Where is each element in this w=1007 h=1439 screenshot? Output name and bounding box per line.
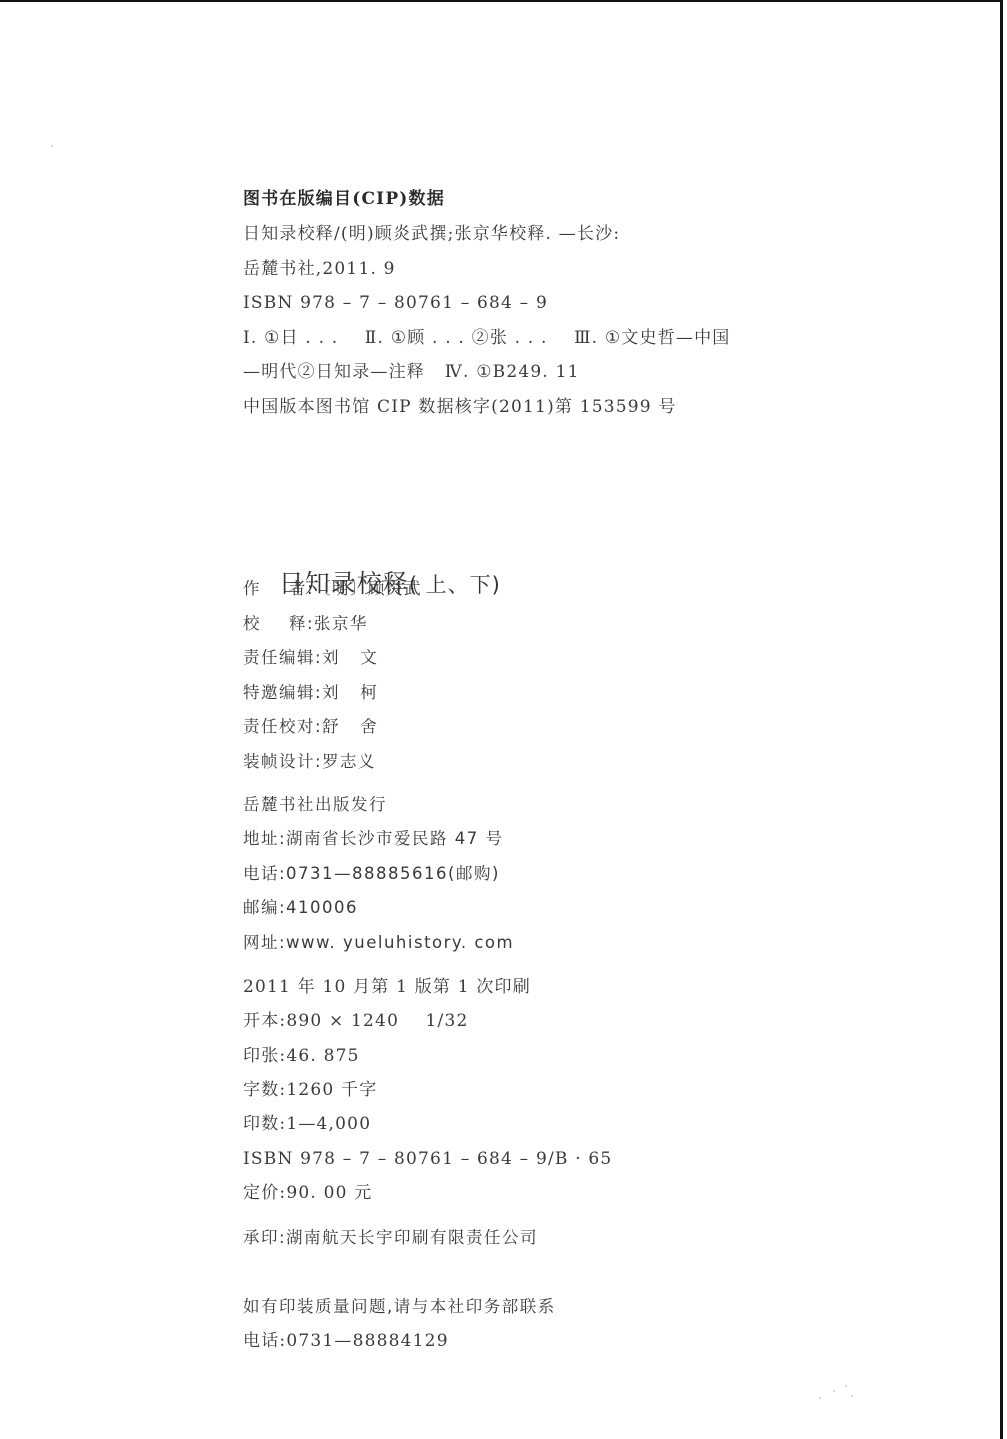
publisher-postcode: 邮编:410006 — [243, 897, 358, 919]
cip-classification-2: —明代②日知录—注释 Ⅳ. ①B249. 11 — [243, 361, 580, 383]
scan-speck — [845, 1385, 847, 1387]
credit-author: 作者:〔明〕顾炎武 — [243, 578, 422, 600]
cip-classification-1: Ⅰ. ①日 . . . Ⅱ. ①顾 . . . ②张 . . . Ⅲ. ①文史哲… — [243, 327, 731, 349]
cip-line-1: 日知录校释/(明)顾炎武撰;张京华校释. —长沙: — [243, 223, 620, 245]
credit-value: :舒 舍 — [315, 717, 378, 736]
credit-value: :刘 柯 — [315, 683, 378, 702]
credit-value: :刘 文 — [315, 648, 378, 667]
quality-notice: 如有印装质量问题,请与本社印务部联系 — [243, 1296, 556, 1318]
cip-title: 图书在版编目(CIP)数据 — [243, 188, 445, 210]
printing-sheets: 印张:46. 875 — [243, 1045, 360, 1067]
printer-name: 承印:湖南航天长宇印刷有限责任公司 — [243, 1227, 538, 1249]
credit-designer: 装帧设计:罗志义 — [243, 751, 376, 773]
credit-label: 装帧设计 — [243, 751, 315, 773]
credit-proofreader: 责任校对:舒 舍 — [243, 716, 378, 738]
publisher-website: 网址:www. yueluhistory. com — [243, 932, 514, 954]
quality-notice-phone: 电话:0731—88884129 — [243, 1330, 449, 1352]
credit-annotator: 校释:张京华 — [243, 613, 368, 635]
credit-label: 责任编辑 — [243, 647, 315, 669]
publisher-phone: 电话:0731—88885616(邮购) — [243, 863, 500, 885]
credit-label-a: 校 — [243, 613, 261, 635]
credit-label: 责任校对 — [243, 716, 315, 738]
scan-speck — [833, 1390, 835, 1392]
credit-label-a: 作 — [243, 578, 261, 600]
scan-speck — [819, 1397, 821, 1399]
printing-price: 定价:90. 00 元 — [243, 1182, 372, 1204]
credit-label-b: 释 — [289, 613, 307, 635]
credit-label: 特邀编辑 — [243, 682, 315, 704]
printing-edition: 2011 年 10 月第 1 版第 1 次印刷 — [243, 976, 531, 998]
publisher-address: 地址:湖南省长沙市爱民路 47 号 — [243, 828, 504, 850]
publisher-name: 岳麓书社出版发行 — [243, 794, 387, 816]
credit-value: :张京华 — [307, 614, 368, 633]
cip-record-number: 中国版本图书馆 CIP 数据核字(2011)第 153599 号 — [243, 396, 677, 418]
copyright-page: 图书在版编目(CIP)数据 日知录校释/(明)顾炎武撰;张京华校释. —长沙: … — [0, 0, 1003, 1439]
credit-guest-editor: 特邀编辑:刘 柯 — [243, 682, 378, 704]
printing-format: 开本:890 × 1240 1/32 — [243, 1010, 468, 1032]
credit-label-b: 者 — [289, 578, 307, 600]
credit-editor: 责任编辑:刘 文 — [243, 647, 378, 669]
cip-line-2: 岳麓书社,2011. 9 — [243, 258, 396, 280]
credit-value: :罗志义 — [315, 752, 376, 771]
printing-print-run: 印数:1—4,000 — [243, 1113, 371, 1135]
scan-speck — [51, 145, 53, 147]
cip-isbn: ISBN 978 – 7 – 80761 – 684 – 9 — [243, 292, 548, 314]
book-title-volumes: ( 上、下) — [409, 573, 501, 597]
printing-isbn: ISBN 978 – 7 – 80761 – 684 – 9/B · 65 — [243, 1148, 612, 1170]
scan-speck — [851, 1395, 853, 1397]
credit-value: :〔明〕顾炎武 — [307, 579, 422, 598]
printing-word-count: 字数:1260 千字 — [243, 1079, 377, 1101]
